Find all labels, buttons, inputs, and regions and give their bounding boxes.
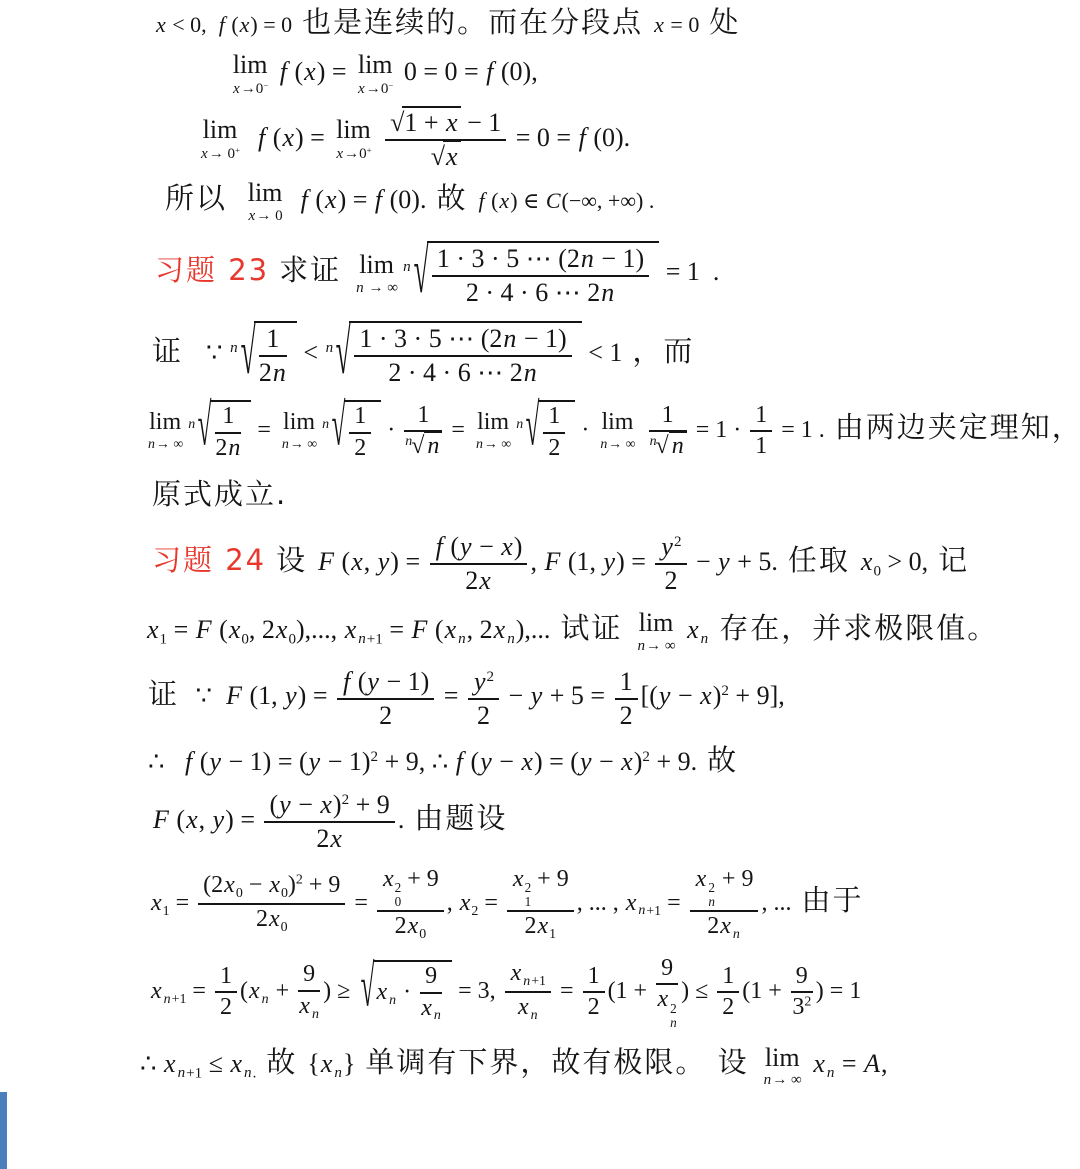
line-problem-24-math: F (x, y) = f (y − x)2x, F (1, y) = y22 −… xyxy=(317,547,778,576)
line-proof-24-recursion-cn: 由于 xyxy=(801,883,863,917)
line-proof-23-inequality: 证 ∵ n√12n < n√1 · 3 · 5 ⋯ (2n − 1)2 · 4 … xyxy=(0,321,1080,388)
line-proof-23-inequality-cn: 证 xyxy=(152,334,183,368)
line-proof-24-Fxy-math: F (x, y) = (y − x)2 + 92x. xyxy=(152,805,404,834)
line-continuity-intro: x < 0, f (x) = 0也是连续的。而在分段点x = 0处 xyxy=(0,6,1080,39)
line-proof-23-limits: limn→ ∞n√12n = limn→ ∞n√12 · 1n√n = limn… xyxy=(0,400,1080,462)
line-proof-23-inequality-math: ∵ n√12n < n√1 · 3 · 5 ⋯ (2n − 1)2 · 4 · … xyxy=(193,338,622,367)
line-proof-24-f1y-cn: 证 xyxy=(148,677,179,711)
line-continuity-intro-math: x = 0 xyxy=(653,12,699,37)
line-left-limit: limx→0− f (x) = limx→0− 0 = 0 = f (0), xyxy=(0,51,1080,97)
blue-edge-bar xyxy=(0,1092,7,1169)
line-proof-24-bounds: xn+1 = 12(xn + 9xn) ≥ √xn · 9xn = 3, xn+… xyxy=(0,955,1080,1030)
line-problem-24-sequence-cn: 存在，并求极限值。 xyxy=(719,611,998,645)
line-right-limit-math: limx→ 0+ f (x) = limx→0+ √1 + x − 1√x = … xyxy=(196,123,630,152)
line-conclusion-f0-cn: 所以 xyxy=(165,181,227,215)
line-proof-24-bounds-math: xn+1 = 12(xn + 9xn) ≥ √xn · 9xn = 3, xn+… xyxy=(150,978,861,1004)
line-problem-24-cn: 设 xyxy=(276,543,307,577)
line-proof-24-Fxy-cn: 由题设 xyxy=(414,801,507,835)
line-proof-23-limits-cn: 由两边夹定理知， xyxy=(835,410,1080,444)
line-continuity-intro-cn: 也是连续的。而在分段点 xyxy=(302,5,643,39)
line-problem-24-sequence-cn: 试证 xyxy=(560,611,622,645)
line-proof-24-f1y-math: ∵ F (1, y) = f (y − 1)2 = y22 − y + 5 = … xyxy=(189,681,785,710)
line-continuity-intro-math: x < 0, f (x) = 0 xyxy=(155,12,292,37)
line-problem-23-math: limn → ∞n√1 · 3 · 5 ⋯ (2n − 1)2 · 4 · 6 … xyxy=(351,257,719,286)
line-problem-23: 习题 23求证limn → ∞n√1 · 3 · 5 ⋯ (2n − 1)2 ·… xyxy=(0,241,1080,308)
line-proof-24-monotone-cn: 单调有下界，故有极限。 设 xyxy=(365,1045,748,1079)
line-conclusion-f0: 所以 limx→ 0 f (x) = f (0).故f (x) ∈ C(−∞, … xyxy=(0,179,1080,224)
line-problem-24: 习题 24设F (x, y) = f (y − x)2x, F (1, y) =… xyxy=(0,532,1080,596)
line-left-limit-math: limx→0− f (x) = limx→0− 0 = 0 = f (0), xyxy=(228,57,538,86)
line-proof-24-fyx: ∴ f (y − 1) = (y − 1)2 + 9, ∴ f (y − x) … xyxy=(0,744,1080,777)
line-proof-24-recursion: x1 = (2x0 − x0)2 + 92x0 = x20 + 92x0, x2… xyxy=(0,866,1080,943)
line-conclusion-f0-cn: 故 xyxy=(436,181,467,215)
line-proof-24-recursion-math: x1 = (2x0 − x0)2 + 92x0 = x20 + 92x0, x2… xyxy=(150,890,791,916)
document-page: x < 0, f (x) = 0也是连续的。而在分段点x = 0处limx→0−… xyxy=(0,0,1080,1169)
line-proof-24-monotone-math: {xn} xyxy=(307,1049,355,1078)
problem-23-label: 习题 23 xyxy=(155,253,269,287)
line-problem-23-cn: 求证 xyxy=(279,253,341,287)
line-right-limit: limx→ 0+ f (x) = limx→0+ √1 + x − 1√x = … xyxy=(0,108,1080,172)
line-proof-23-inequality-cn: ，而 xyxy=(632,334,694,368)
line-proof-23-end-cn: 原式成立. xyxy=(152,477,287,511)
line-proof-23-end: 原式成立. xyxy=(0,478,1080,511)
problem-24-label: 习题 24 xyxy=(152,543,266,577)
line-proof-24-f1y: 证 ∵ F (1, y) = f (y − 1)2 = y22 − y + 5 … xyxy=(0,667,1080,731)
line-continuity-intro-cn: 处 xyxy=(709,5,740,39)
line-conclusion-f0-math: f (x) ∈ C(−∞, +∞) . xyxy=(477,188,654,213)
line-problem-24-cn: 任取 xyxy=(788,543,850,577)
line-problem-24-cn: 记 xyxy=(938,543,969,577)
line-problem-24-sequence-math: limn→ ∞ xn xyxy=(632,615,709,644)
line-problem-24-math: x0 > 0, xyxy=(860,547,928,576)
line-proof-24-fyx-math: ∴ f (y − 1) = (y − 1)2 + 9, ∴ f (y − x) … xyxy=(148,747,697,776)
line-proof-23-limits-math: limn→ ∞n√12n = limn→ ∞n√12 · 1n√n = limn… xyxy=(143,417,825,443)
line-proof-24-Fxy: F (x, y) = (y − x)2 + 92x.由题设 xyxy=(0,790,1080,854)
line-problem-24-sequence: x1 = F (x0, 2x0),..., xn+1 = F (xn, 2xn)… xyxy=(0,609,1080,654)
line-proof-24-monotone: ∴ xn+1 ≤ xn.故{xn}单调有下界，故有极限。 设limn→ ∞ xn… xyxy=(0,1044,1080,1089)
line-proof-24-monotone-cn: 故 xyxy=(266,1045,297,1079)
line-proof-24-fyx-cn: 故 xyxy=(707,743,738,777)
line-proof-24-monotone-math: limn→ ∞ xn = A, xyxy=(759,1049,888,1078)
line-problem-24-sequence-math: x1 = F (x0, 2x0),..., xn+1 = F (xn, 2xn)… xyxy=(146,615,550,644)
line-proof-24-monotone-math: ∴ xn+1 ≤ xn. xyxy=(140,1049,256,1078)
document-body: x < 0, f (x) = 0也是连续的。而在分段点x = 0处limx→0−… xyxy=(0,6,1080,1089)
line-conclusion-f0-math: limx→ 0 f (x) = f (0). xyxy=(237,185,426,214)
